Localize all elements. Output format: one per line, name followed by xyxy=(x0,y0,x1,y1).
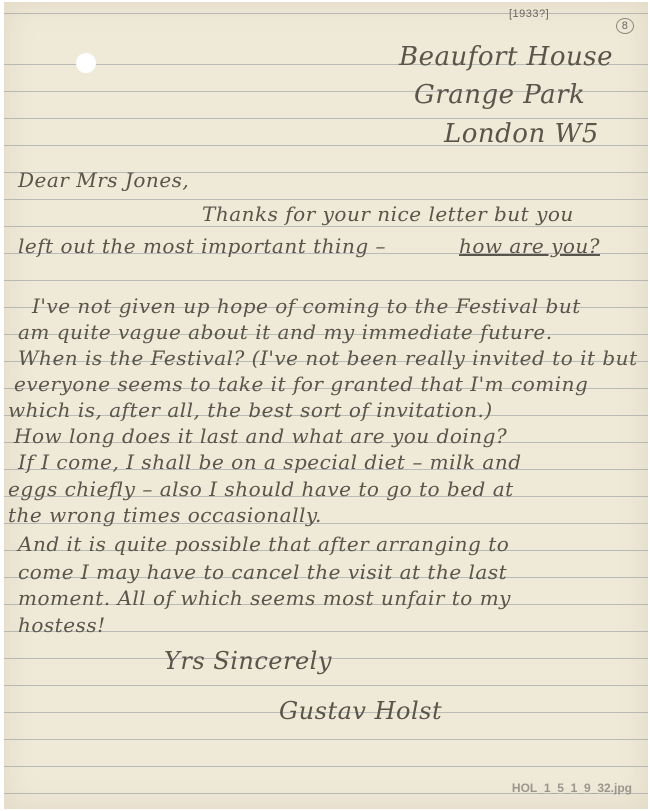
body-line: the wrong times occasionally. xyxy=(8,503,322,527)
body-line: I've not given up hope of coming to the … xyxy=(32,294,581,318)
body-line: When is the Festival? (I've not been rea… xyxy=(18,346,638,370)
body-line: come I may have to cancel the visit at t… xyxy=(18,560,507,584)
punch-hole xyxy=(76,53,96,73)
body-line: hostess! xyxy=(18,613,106,637)
filename-label: HOL_1_5_1_9_32.jpg xyxy=(512,781,632,795)
salutation: Dear Mrs Jones, xyxy=(18,168,189,192)
address-line-2: Grange Park xyxy=(414,80,585,110)
body-line: moment. All of which seems most unfair t… xyxy=(18,586,511,610)
body-line: which is, after all, the best sort of in… xyxy=(8,398,493,422)
signature: Gustav Holst xyxy=(279,697,442,725)
body-line: left out the most important thing – xyxy=(18,234,386,258)
address-line-3: London W5 xyxy=(444,119,599,149)
body-line: And it is quite possible that after arra… xyxy=(18,532,509,556)
address-line-1: Beaufort House xyxy=(399,42,613,72)
page-number: 8 xyxy=(616,18,634,34)
body-line: How long does it last and what are you d… xyxy=(14,424,507,448)
body-line: Thanks for your nice letter but you xyxy=(202,202,574,226)
body-line: am quite vague about it and my immediate… xyxy=(18,320,553,344)
body-line: If I come, I shall be on a special diet … xyxy=(18,450,522,474)
body-line: eggs chiefly – also I should have to go … xyxy=(8,477,514,501)
archive-date-note: [1933?] xyxy=(509,8,549,20)
body-line: everyone seems to take it for granted th… xyxy=(14,372,588,396)
letter-page: [1933?] 8 Beaufort House Grange Park Lon… xyxy=(4,2,648,809)
body-line-emphasis: how are you? xyxy=(459,234,600,258)
closing: Yrs Sincerely xyxy=(164,647,332,675)
